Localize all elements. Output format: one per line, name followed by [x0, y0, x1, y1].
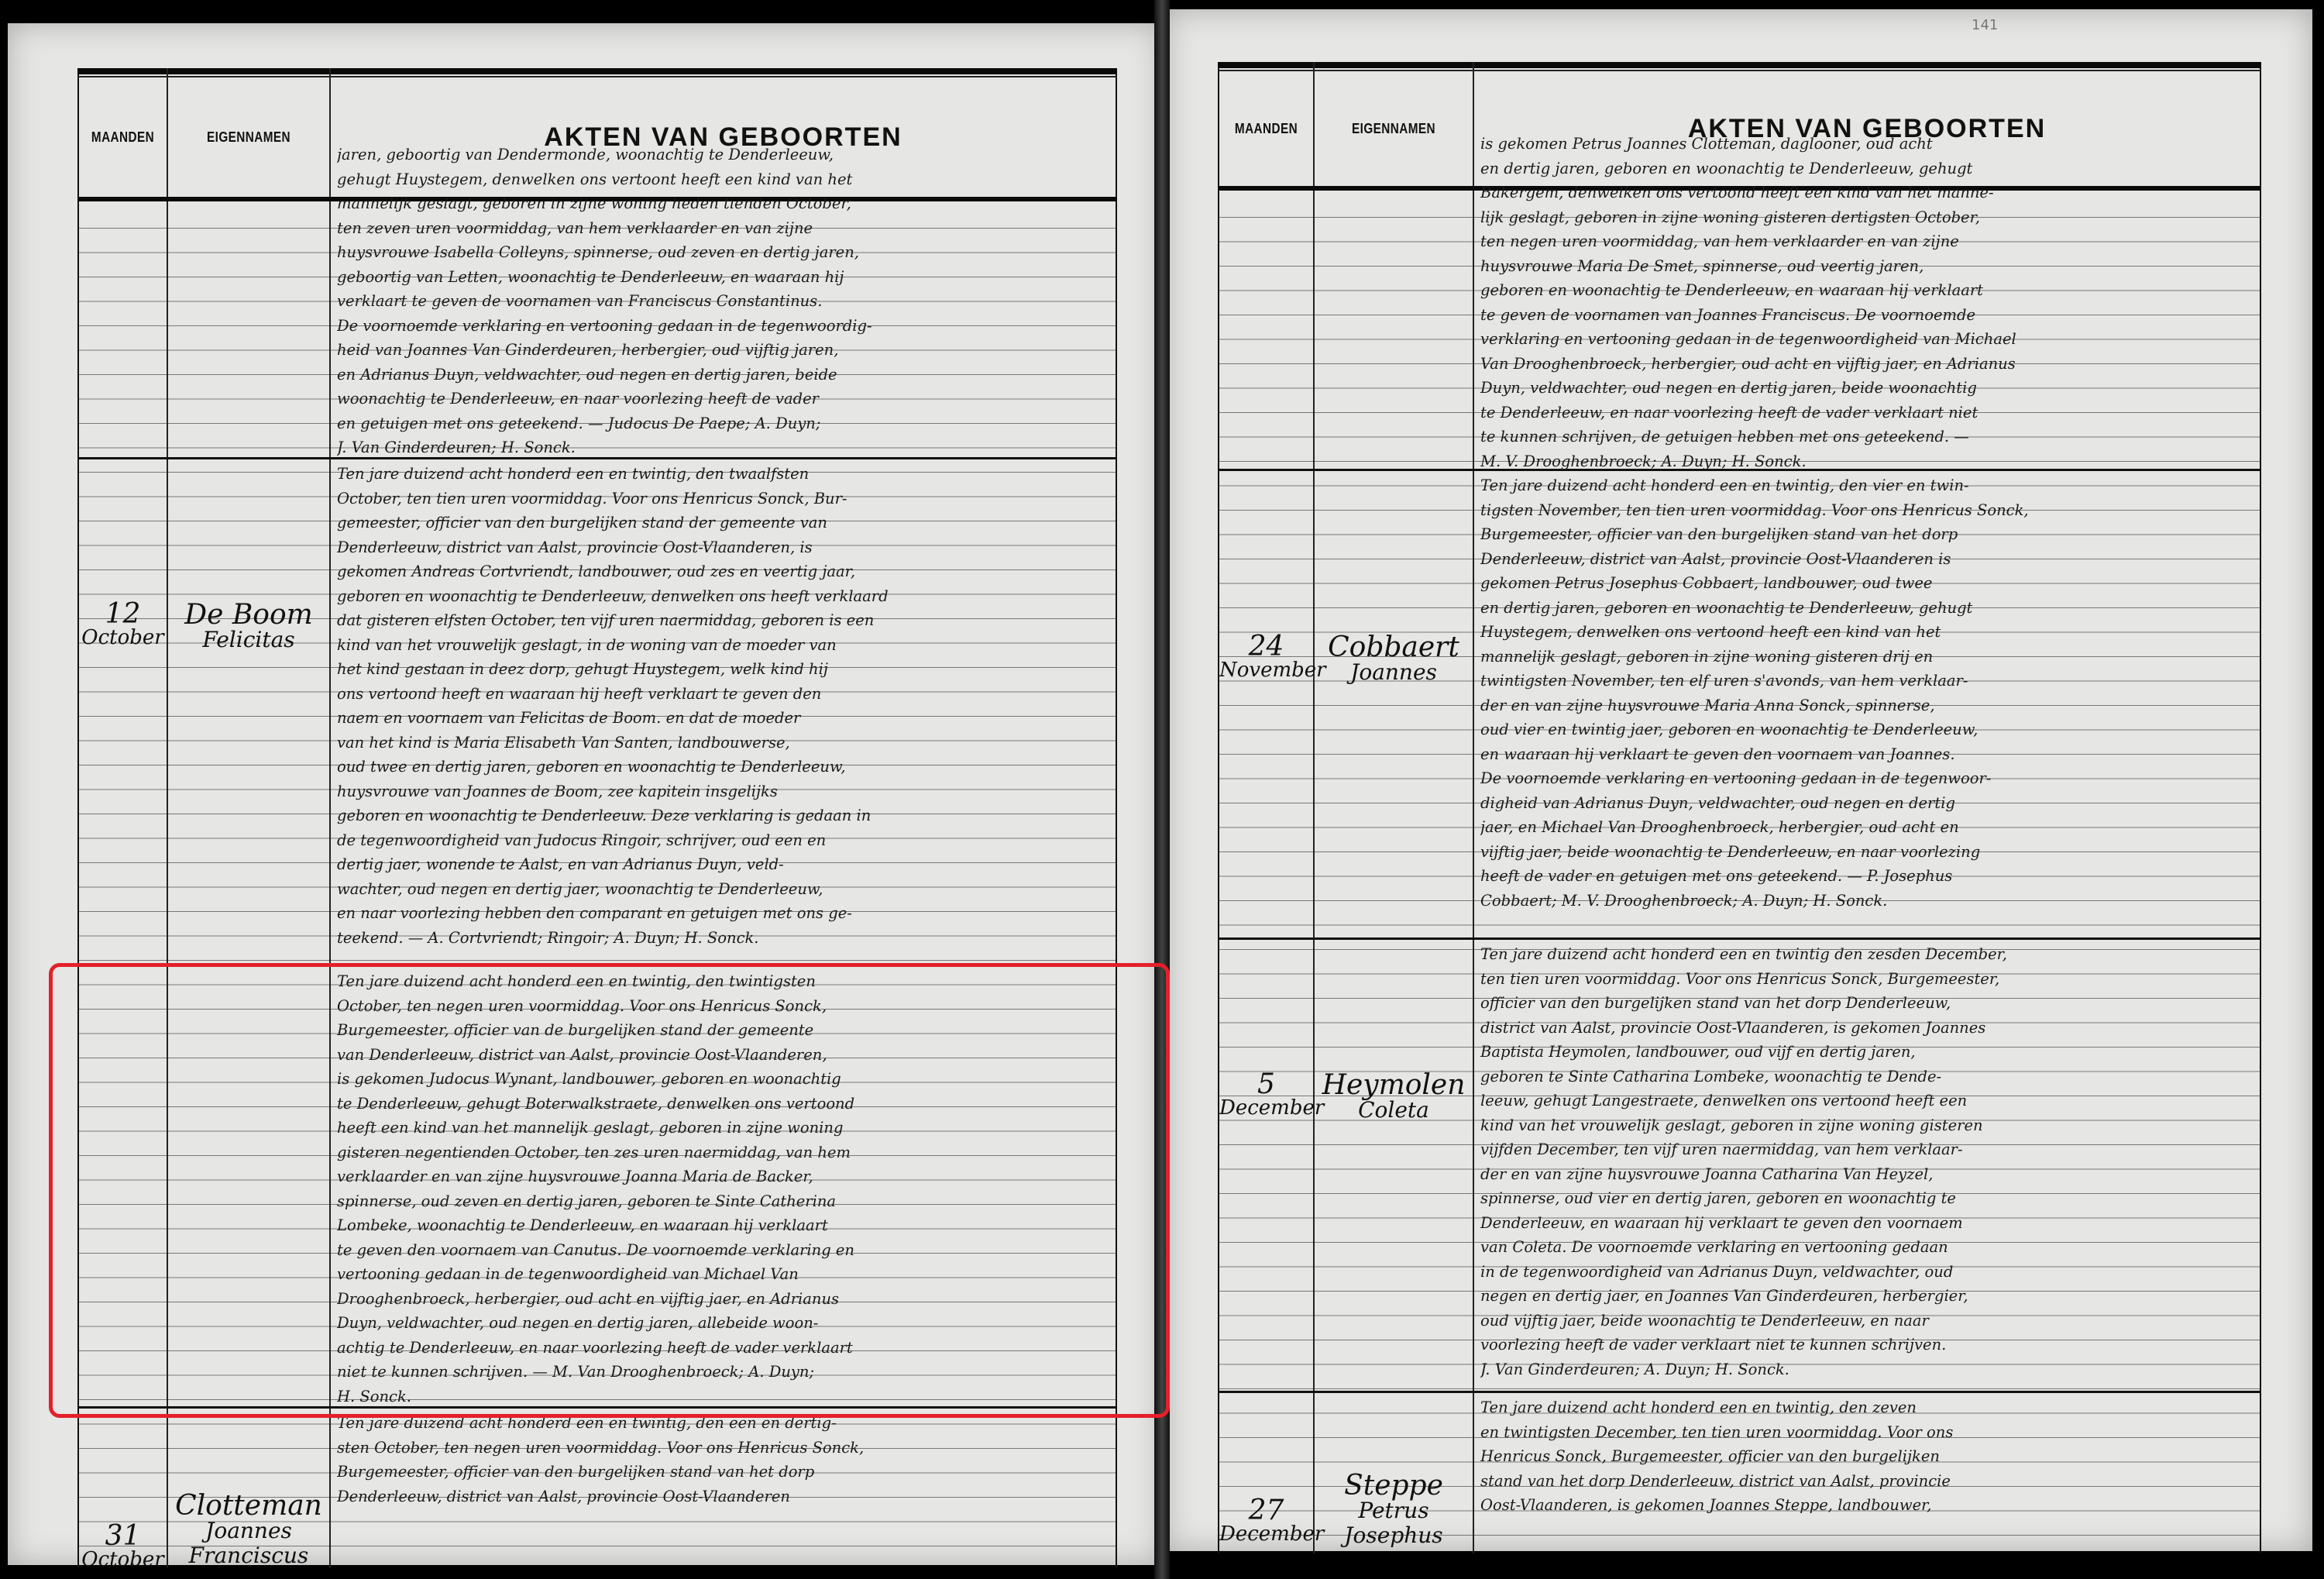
act-date: 5 December	[1219, 1073, 1313, 1120]
child-given-names: Petrus Josephus	[1315, 1498, 1473, 1548]
child-given-names: Joannes	[1315, 660, 1473, 685]
act-month: October	[79, 1548, 167, 1571]
header-eigennamen: EIGENNAMEN	[1326, 73, 1460, 185]
birth-act-text: Ten jare duizend acht honderd een en twi…	[1480, 942, 2255, 1392]
act-day: 24	[1219, 635, 1313, 659]
top-rule	[77, 68, 1117, 74]
child-given-names: Felicitas	[168, 628, 329, 652]
act-date: 27 December	[1219, 1499, 1313, 1546]
act-month: October	[79, 626, 167, 649]
header-maanden: MAANDEN	[85, 79, 160, 195]
right-register-table: MAANDEN EIGENNAMEN AKTEN VAN GEBOORTEN i…	[1218, 62, 2261, 1553]
act-month: November	[1219, 659, 1313, 682]
page-number-mark: 141	[1972, 17, 1998, 33]
birth-act-text: Ten jare duizend acht honderd een en twi…	[337, 462, 1112, 965]
child-name: Heymolen Coleta	[1315, 1073, 1473, 1123]
birth-act-text: Ten jare duizend acht honderd een en twi…	[337, 1411, 1112, 1512]
highlighted-act-box	[49, 963, 1170, 1418]
child-given-names: Joannes Franciscus	[168, 1519, 329, 1568]
child-name: Cobbaert Joannes	[1315, 635, 1473, 685]
act-month: December	[1219, 1522, 1313, 1546]
birth-act-text: Ten jare duizend acht honderd een en twi…	[1480, 1395, 2255, 1523]
top-thin-rule	[77, 76, 1117, 77]
child-surname: Steppe	[1315, 1474, 1473, 1498]
birth-act-text: Ten jare duizend acht honderd een en twi…	[1480, 473, 2255, 938]
child-surname: Clotteman	[168, 1494, 329, 1519]
birth-act-text: jaren, geboortig van Dendermonde, woonac…	[337, 143, 1112, 460]
act-date: 31 October	[79, 1525, 167, 1571]
act-date: 12 October	[79, 603, 167, 649]
act-day: 5	[1219, 1073, 1313, 1096]
child-surname: Heymolen	[1315, 1073, 1473, 1098]
child-given-names: Coleta	[1315, 1098, 1473, 1123]
act-month: December	[1219, 1096, 1313, 1120]
act-day: 27	[1219, 1499, 1313, 1522]
child-name: Steppe Petrus Josephus	[1315, 1474, 1473, 1548]
header-eigennamen: EIGENNAMEN	[180, 79, 318, 195]
child-surname: Cobbaert	[1315, 635, 1473, 660]
act-day: 31	[79, 1525, 167, 1548]
birth-act-text: is gekomen Petrus Joannes Clotteman, dag…	[1480, 132, 2255, 473]
header-maanden: MAANDEN	[1226, 73, 1306, 185]
child-name: Clotteman Joannes Franciscus	[168, 1494, 329, 1568]
child-surname: De Boom	[168, 603, 329, 628]
top-thin-rule	[1218, 70, 2261, 71]
top-rule	[1218, 62, 2261, 68]
act-date: 24 November	[1219, 635, 1313, 682]
child-name: De Boom Felicitas	[168, 603, 329, 652]
act-day: 12	[79, 603, 167, 626]
